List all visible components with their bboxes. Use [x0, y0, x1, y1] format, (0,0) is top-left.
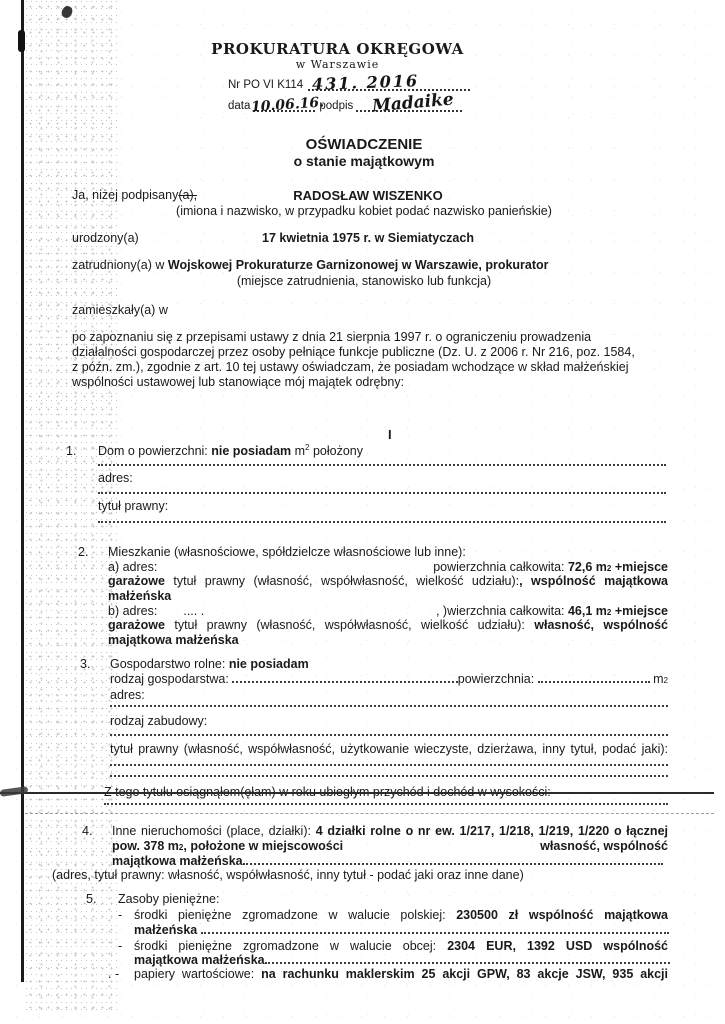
case-number-handwritten: 431. 2016 [312, 71, 420, 94]
scan-edge-line [21, 0, 24, 982]
item-2-number: 2. [78, 545, 88, 559]
scan-edge-blob [18, 30, 25, 52]
item-5-cash-pln-line-2: małżeńska [134, 923, 669, 937]
section-marker: I [388, 427, 392, 442]
document-subtitle: o stanie majątkowym [214, 153, 514, 169]
date-handwritten: 10.06.16. [251, 94, 325, 115]
bullet-dash: - [118, 908, 122, 922]
item-4-hint: (adres, tytuł prawny: własność, współwła… [52, 868, 524, 882]
strikethrough-smudge [0, 786, 28, 797]
item-3-tytul-line: tytuł prawny (własność, współwłasność, u… [110, 742, 668, 756]
item-5-cash-fx-line: środki pieniężne zgromadzone w walucie o… [134, 939, 668, 953]
item-2a-line-2: garażowe tytuł prawny (własność, współwł… [108, 574, 668, 588]
case-number-row: Nr PO VI K114 431. 2016 [228, 74, 470, 91]
item-5-cash-pln-line: środki pieniężne zgromadzone w walucie p… [134, 908, 668, 922]
item-4-line-1: Inne nieruchomości (place, działki): 4 d… [112, 824, 668, 838]
item-3-adres-label: adres: [110, 688, 145, 702]
scanned-declaration-page: PROKURATURA OKRĘGOWA w Warszawie Nr PO V… [0, 0, 725, 1024]
case-number-fill-line: 431. 2016 [308, 74, 470, 91]
declarant-name-hint: (imiona i nazwisko, w przypadku kobiet p… [164, 204, 564, 218]
stamp-office-city: w Warszawie [210, 58, 465, 71]
dotted-line [98, 464, 666, 466]
item-4-line-3: majątkowa małżeńska [112, 854, 663, 868]
item-1-tytul-label: tytuł prawny: [98, 499, 168, 513]
residence-label: zamieszkały(a) w [72, 303, 168, 317]
item-1-number: 1. [66, 444, 76, 458]
legal-paragraph-line-3: z późn. zm.), zgodnie z art. 10 tej usta… [72, 360, 629, 374]
dotted-line [110, 734, 668, 736]
item-1-adres-label: adres: [98, 471, 133, 485]
item-3-heading: Gospodarstwo rolne: nie posiadam [110, 657, 309, 671]
item-4-line-2: pow. 378 m2, położone w miejscowościwłas… [112, 839, 668, 853]
legal-paragraph-line-2: działalności gospodarczej przez osoby pe… [72, 345, 635, 359]
legal-paragraph-line-1: po zapoznaniu się z przepisami ustawy z … [72, 330, 591, 344]
item-5-heading: Zasoby pieniężne: [118, 892, 219, 906]
item-5-number: 5. [86, 892, 96, 906]
employment-hint: (miejsce zatrudnienia, stanowisko lub fu… [214, 274, 514, 288]
legal-paragraph-line-4: wspólności ustawowej lub stanowiące mój … [72, 375, 404, 389]
item-5-cash-fx-line-2: majątkowa małżeńska [134, 953, 670, 967]
dotted-line [110, 775, 668, 777]
stamp-office-name: PROKURATURA OKRĘGOWA [210, 40, 465, 58]
item-1-line: Dom o powierzchni: nie posiadam m2 położ… [98, 444, 666, 458]
born-label: urodzony(a) [72, 231, 139, 245]
bullet-dash: - [118, 939, 122, 953]
bullet-dash: . - [108, 967, 119, 981]
item-2a-line-3: małżeńska [108, 589, 171, 603]
item-2a-line-1: a) adres:powierzchnia całkowita: 72,6 m2… [108, 560, 668, 574]
item-2b-line-3: majątkowa małżeńska [108, 633, 239, 647]
item-3-number: 3. [80, 657, 90, 671]
dotted-line [104, 803, 668, 805]
scan-top-mark [60, 4, 74, 19]
signature-fill-line: Madaike [356, 95, 462, 112]
item-2b-line-1: b) adres:.... ., )wierzchnia całkowita: … [108, 604, 668, 618]
item-4-number: 4. [82, 824, 92, 838]
dotted-line [110, 764, 668, 766]
case-number-label: Nr PO VI K114 [228, 79, 303, 91]
signature-handwritten: Madaike [372, 89, 455, 116]
dotted-line [98, 492, 666, 494]
strikethrough-rule [0, 792, 714, 794]
date-label: data [228, 100, 250, 112]
dotted-line [110, 705, 668, 707]
dotted-line [98, 521, 666, 523]
item-3-zabudowy-label: rodzaj zabudowy: [110, 714, 207, 728]
item-2b-line-2: garażowe tytuł prawny (własność, współwł… [108, 618, 668, 632]
item-3-rodzaj-line: rodzaj gospodarstwa: powierzchnia: m2 [110, 672, 668, 686]
date-fill-line: 10.06.16. [253, 95, 315, 112]
declarant-label: Ja, niżej podpisany(a), [72, 188, 197, 202]
item-5-securities-line: papiery wartościowe: na rachunku maklers… [134, 967, 668, 981]
born-value: 17 kwietnia 1975 r. w Siemiatyczach [198, 231, 538, 245]
document-title: OŚWIADCZENIE [214, 136, 514, 153]
item-2-heading: Mieszkanie (własnościowe, spółdzielcze w… [108, 545, 668, 559]
faint-dashed-line [25, 813, 714, 814]
declarant-name: RADOSŁAW WISZENKO [198, 188, 538, 203]
date-signature-row: data 10.06.16. podpis Madaike [228, 95, 462, 112]
employment-line: zatrudniony(a) w Wojskowej Prokuraturze … [72, 258, 692, 272]
